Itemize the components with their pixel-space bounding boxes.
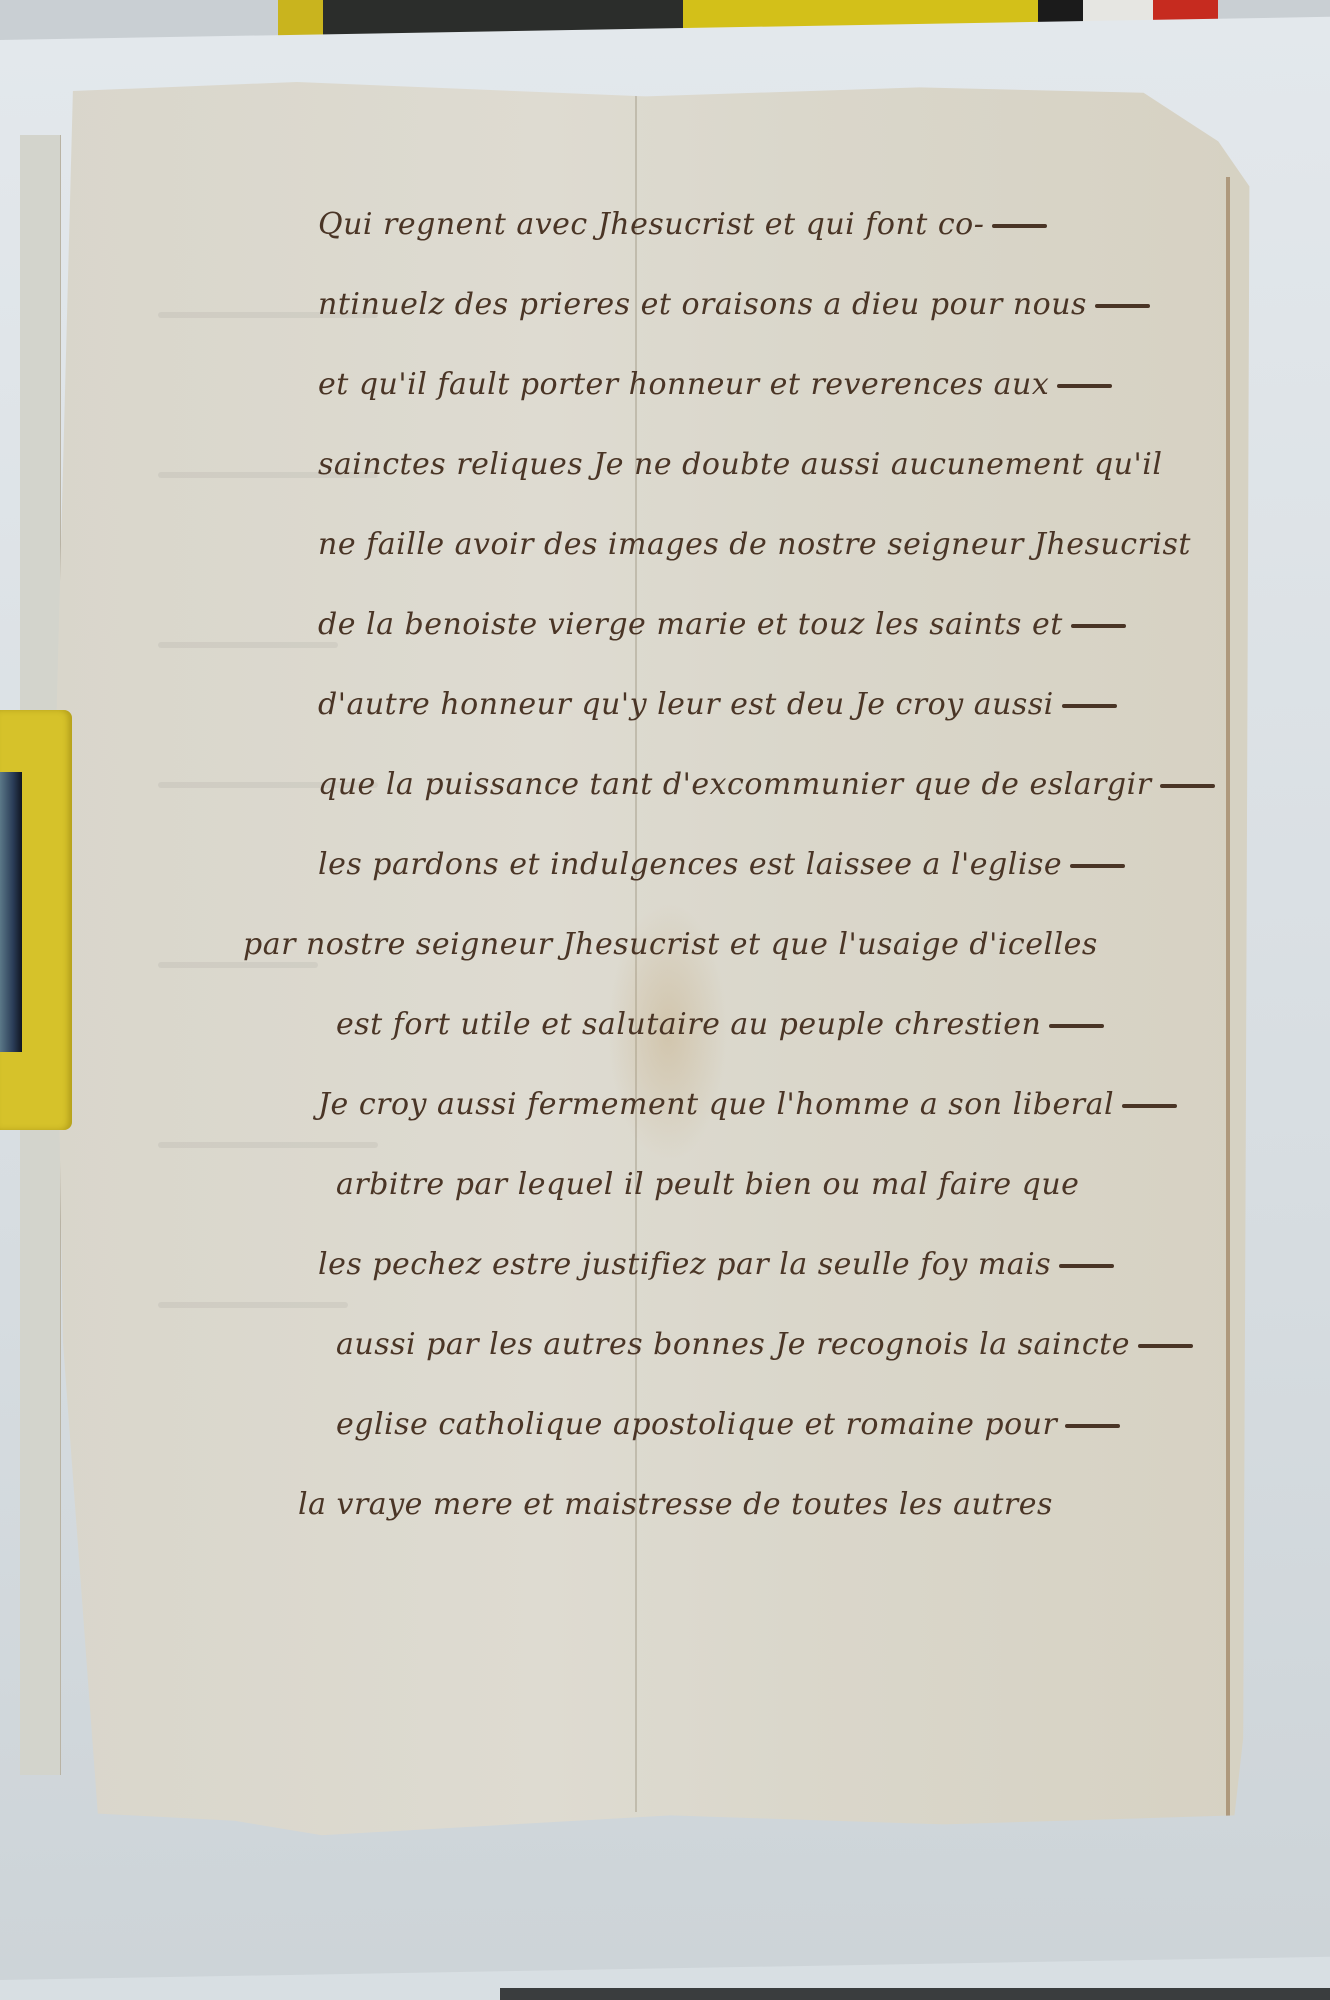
text-line: arbitre par lequel il peult bien ou mal …: [336, 1145, 1258, 1225]
text-line: ntinuelz des prieres et oraisons a dieu …: [318, 265, 1258, 345]
text-line: la vraye mere et maistresse de toutes le…: [298, 1465, 1258, 1545]
table-edge: [500, 1988, 1330, 2000]
text-line: est fort utile et salutaire au peuple ch…: [336, 985, 1258, 1065]
metal-clip-insert: [0, 772, 22, 1052]
yellow-clip: [0, 710, 72, 1130]
manuscript-text: Qui regnent avec Jhesucrist et qui font …: [318, 185, 1258, 1545]
text-line: sainctes reliques Je ne doubte aussi auc…: [318, 425, 1258, 505]
text-line: ne faille avoir des images de nostre sei…: [318, 505, 1258, 585]
text-line: eglise catholique apostolique et romaine…: [336, 1385, 1258, 1465]
text-line: par nostre seigneur Jhesucrist et que l'…: [243, 905, 1258, 985]
text-line: que la puissance tant d'excommunier que …: [318, 745, 1258, 825]
text-line: Qui regnent avec Jhesucrist et qui font …: [318, 185, 1258, 265]
text-line: Je croy aussi fermement que l'homme a so…: [318, 1065, 1258, 1145]
text-line: d'autre honneur qu'y leur est deu Je cro…: [318, 665, 1258, 745]
bleed-through-ink: [158, 642, 338, 648]
text-line: aussi par les autres bonnes Je recognois…: [336, 1305, 1258, 1385]
text-line: de la benoiste vierge marie et touz les …: [318, 585, 1258, 665]
text-line: les pechez estre justifiez par la seulle…: [318, 1225, 1258, 1305]
text-line: et qu'il fault porter honneur et reveren…: [318, 345, 1258, 425]
text-line: les pardons et indulgences est laissee a…: [318, 825, 1258, 905]
